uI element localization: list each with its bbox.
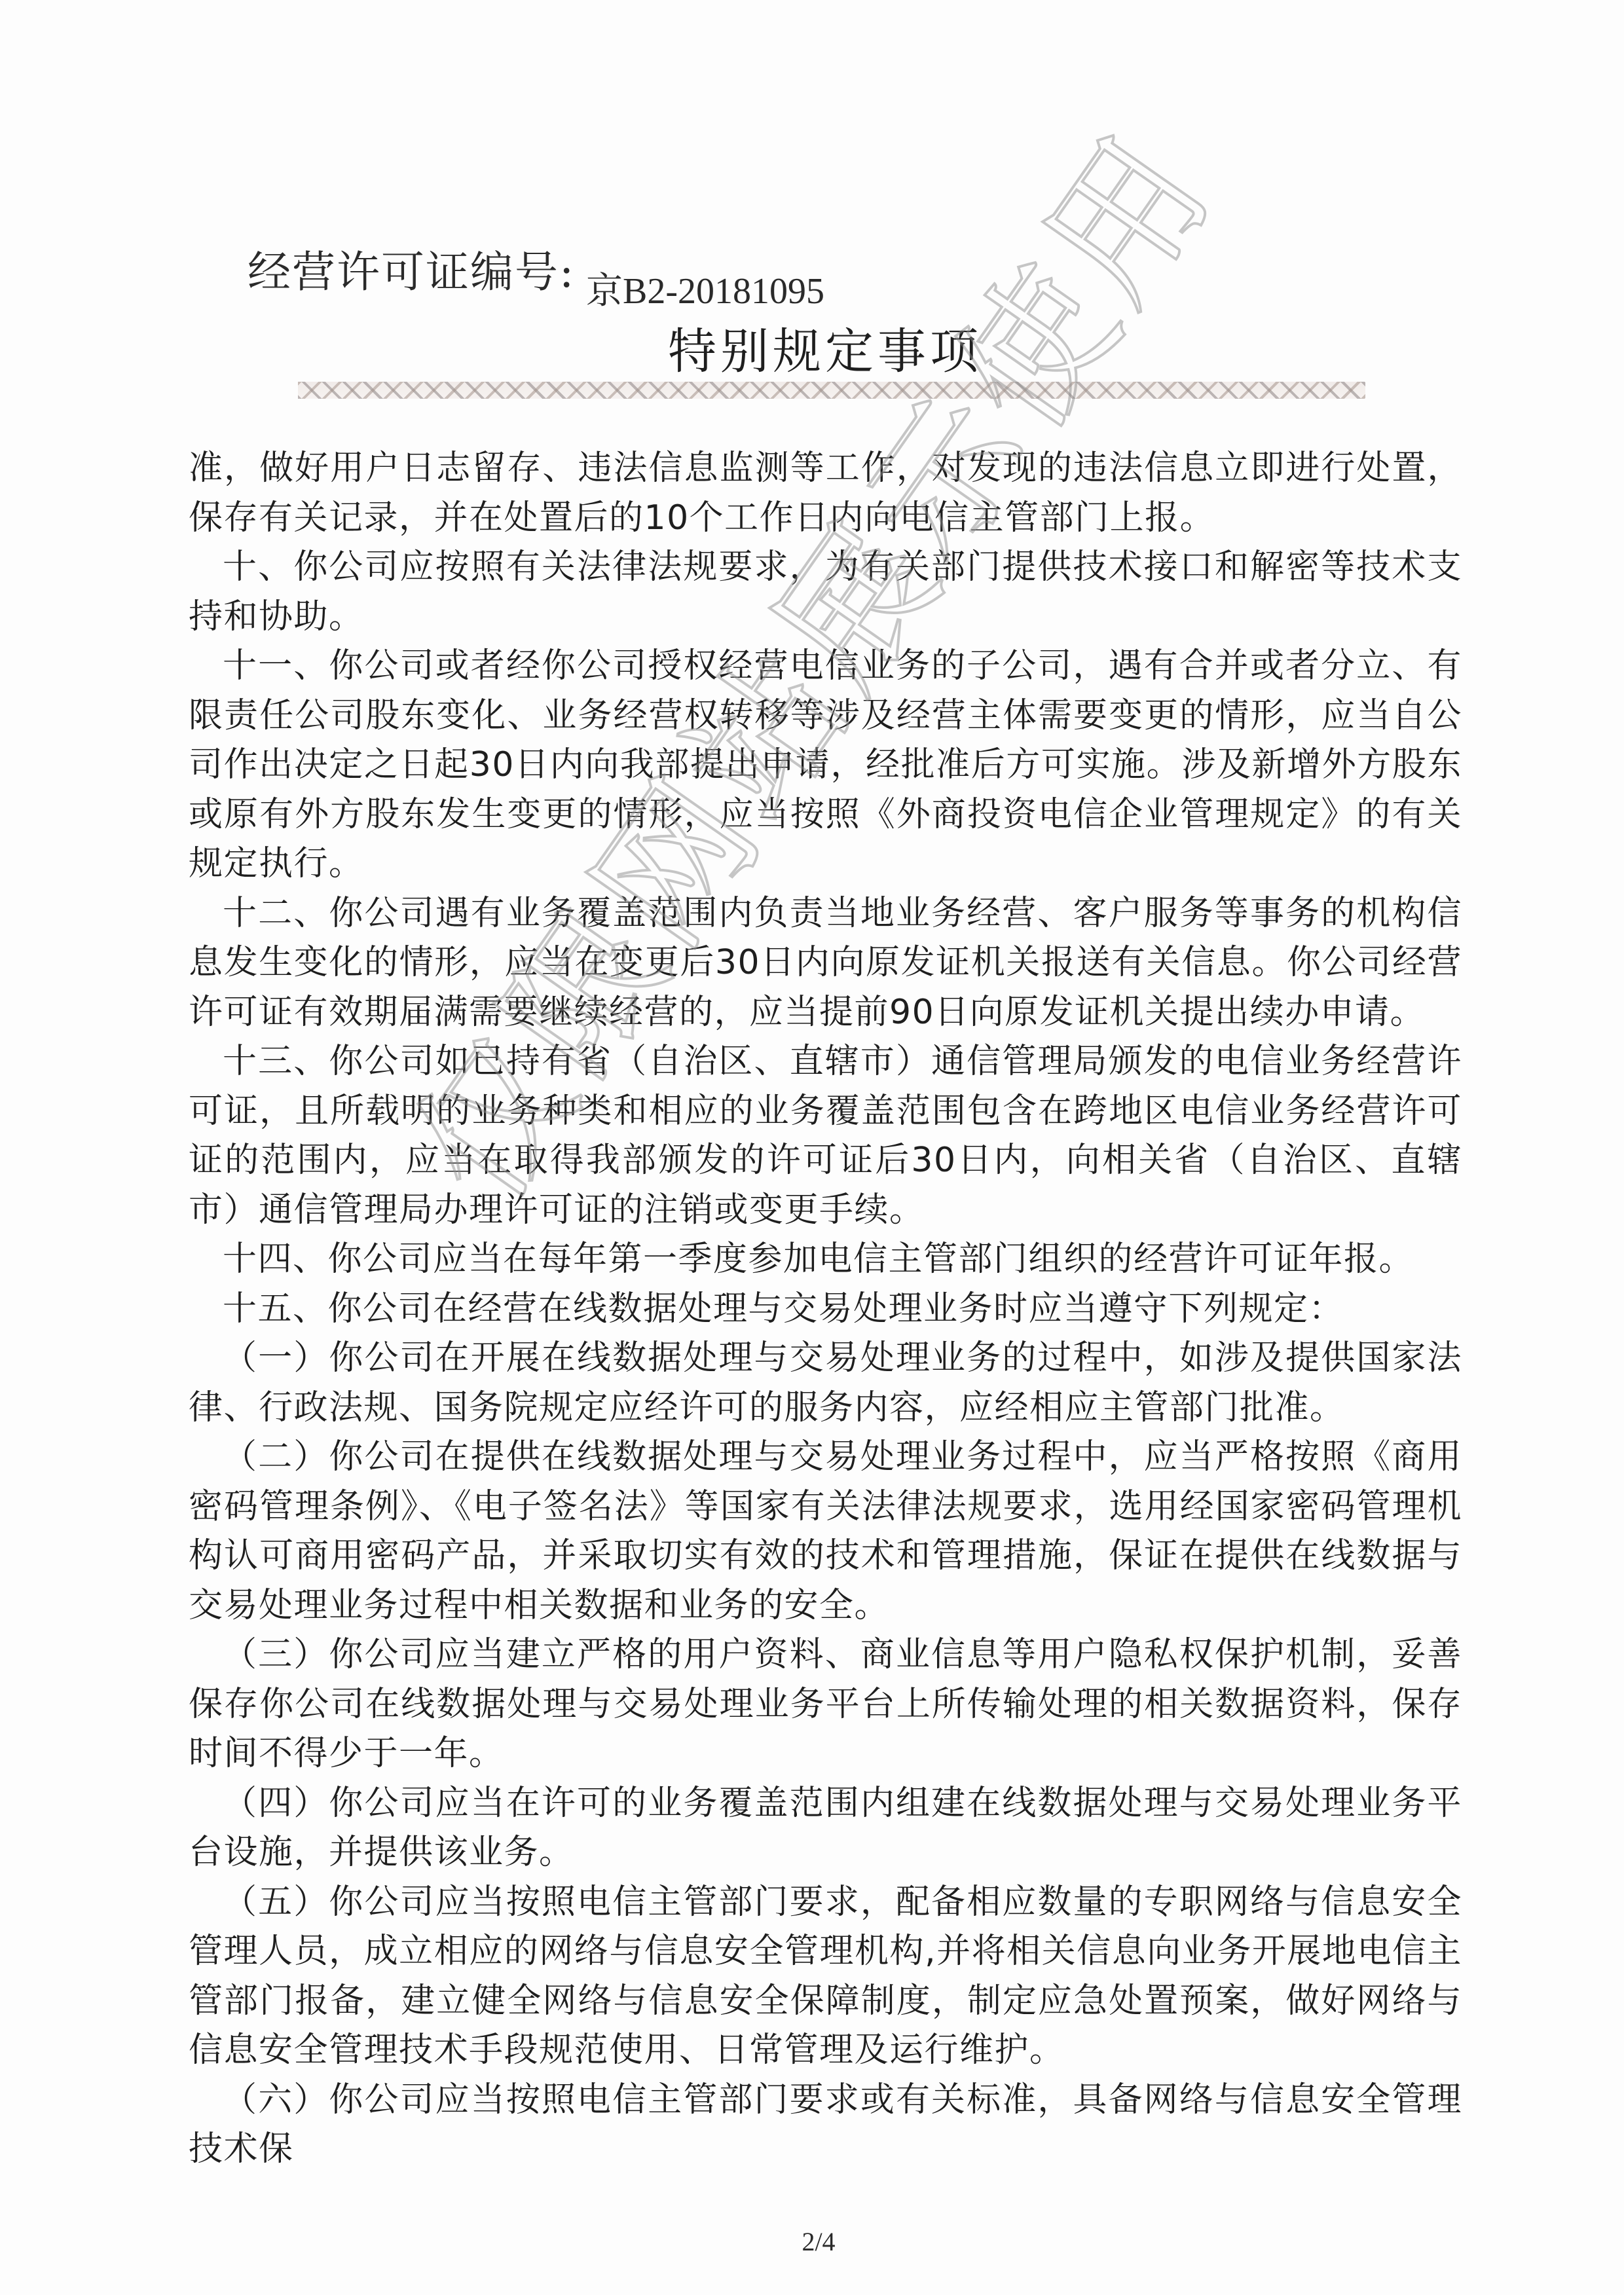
paragraph-subitem-2: （二）你公司在提供在线数据处理与交易处理业务过程中，应当严格按照《商用密码管理条… (189, 1433, 1462, 1630)
license-number-label: 经营许可证编号: (248, 237, 575, 299)
paragraph-subitem-1: （一）你公司在开展在线数据处理与交易处理业务的过程中，如涉及提供国家法律、行政法… (189, 1334, 1462, 1433)
page-number: 2/4 (0, 2226, 1624, 2257)
document-title: 特别规定事项 (0, 313, 1624, 382)
paragraph-item-14: 十四、你公司应当在每年第一季度参加电信主管部门组织的经营许可证年报。 (189, 1235, 1462, 1285)
paragraph-subitem-5: （五）你公司应当按照电信主管部门要求，配备相应数量的专职网络与信息安全管理人员，… (189, 1878, 1462, 2076)
paragraph-subitem-6: （六）你公司应当按照电信主管部门要求或有关标准，具备网络与信息安全管理技术保 (189, 2076, 1462, 2175)
paragraph-subitem-3: （三）你公司应当建立严格的用户资料、商业信息等用户隐私权保护机制，妥善保存你公司… (189, 1630, 1462, 1779)
paragraph-continuation: 准，做好用户日志留存、违法信息监测等工作，对发现的违法信息立即进行处置，保存有关… (189, 444, 1462, 543)
paragraph-item-13: 十三、你公司如已持有省（自治区、直辖市）通信管理局颁发的电信业务经营许可证，且所… (189, 1037, 1462, 1235)
paragraph-item-11: 十一、你公司或者经你公司授权经营电信业务的子公司，遇有合并或者分立、有限责任公司… (189, 642, 1462, 889)
document-page: 经营许可证编号: 京B2-20181095 特别规定事项 准，做好用户日志留存、… (0, 0, 1624, 2295)
decorative-divider (298, 382, 1365, 399)
paragraph-subitem-4: （四）你公司应当在许可的业务覆盖范围内组建在线数据处理与交易处理业务平台设施，并… (189, 1779, 1462, 1878)
license-number-value: 京B2-20181095 (586, 262, 824, 314)
paragraph-item-10: 十、你公司应按照有关法律法规要求，为有关部门提供技术接口和解密等技术支持和协助。 (189, 543, 1462, 642)
document-body: 准，做好用户日志留存、违法信息监测等工作，对发现的违法信息立即进行处置，保存有关… (189, 444, 1462, 2175)
paragraph-item-15: 十五、你公司在经营在线数据处理与交易处理业务时应当遵守下列规定： (189, 1285, 1462, 1334)
paragraph-item-12: 十二、你公司遇有业务覆盖范围内负责当地业务经营、客户服务等事务的机构信息发生变化… (189, 889, 1462, 1038)
